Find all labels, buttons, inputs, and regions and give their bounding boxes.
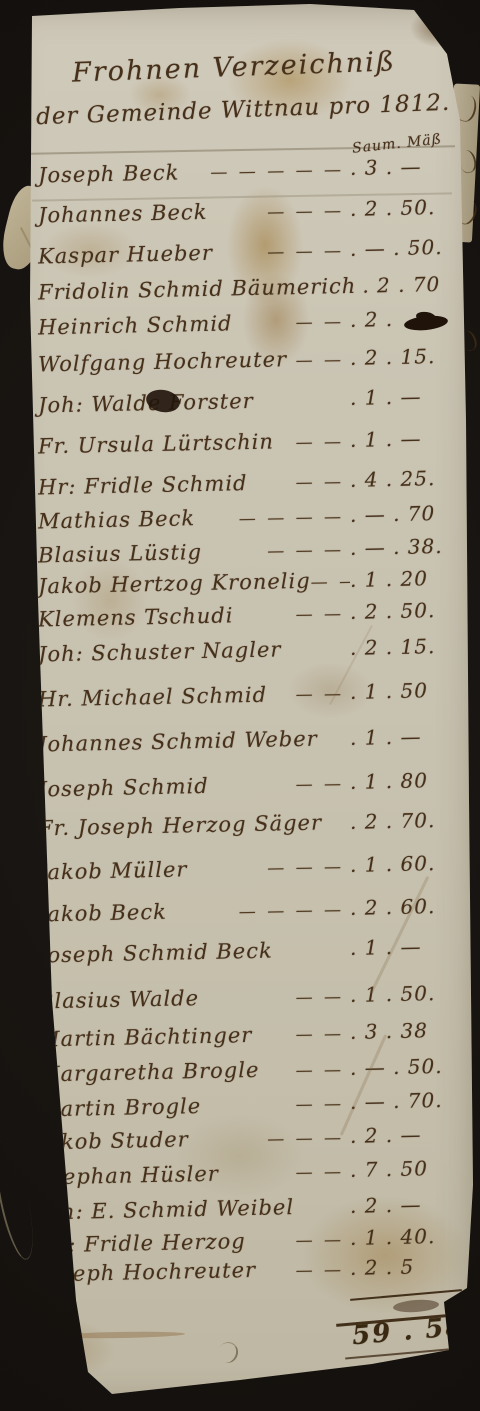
entry-row: Hr: Fridle Schmid— —. 4 . 25. [38, 466, 462, 499]
entry-name: Stephan Hüsler [38, 1162, 219, 1190]
loose-thread [0, 1138, 40, 1262]
entry-row: Hr: Fridle Herzog— —. 1 . 40. [38, 1224, 462, 1257]
entry-name: Martin Brogle [38, 1094, 202, 1121]
entry-amount: . 2 . — [350, 1192, 462, 1218]
entry-amount: . 1 . 50 [350, 678, 462, 704]
entry-dashes: — — [274, 432, 351, 454]
manuscript-paper: Frohnen Verzeichniß der Gemeinde Wittnau… [0, 0, 480, 1411]
entry-dashes: — — — [213, 241, 351, 264]
entry-name: Hr. Michael Schmid [38, 683, 267, 712]
entry-amount: . 1 . — [350, 384, 462, 410]
entry-list: Joseph Beck— — — — —. 3 . — Johannes Bec… [0, 0, 480, 1411]
entry-amount: . — . 70. [350, 1088, 462, 1114]
entry-dashes [318, 745, 350, 746]
entry-amount: . 2 . 5 [350, 1254, 462, 1280]
photo-background: Frohnen Verzeichniß der Gemeinde Wittnau… [0, 0, 480, 1411]
entry-row: Klemens Tschudi— —. 2 . 50. [38, 598, 462, 631]
entry-amount: . — . 70 [350, 501, 462, 527]
entry-amount: . 2 . 70 [362, 271, 474, 297]
entry-name: Joh: E. Schmid Weibel [38, 1195, 294, 1224]
entry-name: Joseph Hochreuter [38, 1258, 257, 1287]
entry-name: Joseph Schmid Beck [38, 939, 273, 968]
entry-amount: . 4 . 25. [350, 466, 462, 492]
entry-row: Heinrich Schmid— —. 2 . [38, 306, 462, 339]
entry-name: Joh: Schuster Nagler [38, 637, 282, 666]
entry-amount: . 3 . 38 [350, 1018, 462, 1044]
entry-name: Johannes Beck [38, 200, 208, 228]
entry-amount: . 1 . — [350, 724, 462, 750]
entry-dashes: — — — — — [179, 160, 350, 184]
entry-name: Margaretha Brogle [38, 1058, 260, 1087]
entry-amount: . 2 . 15. [350, 344, 462, 370]
entry-dashes: — — [256, 1260, 350, 1282]
entry-name: Fr. Ursula Lürtschin [38, 430, 274, 459]
entry-amount: . 1 . 80 [350, 768, 462, 794]
entry-amount: . — . 38. [350, 534, 462, 560]
entry-row: Fridolin Schmid Bäumerich. 2 . 70 [38, 272, 462, 305]
entry-amount: . 7 . 50 [350, 1156, 462, 1182]
entry-dashes: — — [252, 1024, 350, 1046]
entry-amount: . 1 . 60. [350, 851, 462, 877]
entry-row: Hr. Michael Schmid— —. 1 . 50 [38, 678, 462, 711]
entry-row: Stephan Hüsler— —. 7 . 50 [38, 1156, 462, 1189]
entry-dashes: — — — [189, 1128, 351, 1151]
entry-dashes: — — — [202, 540, 350, 563]
entry-dashes: — — [310, 572, 350, 593]
entry-name: Jakob Beck [38, 900, 167, 927]
entry-dashes [322, 829, 350, 830]
entry-name: Blasius Walde [38, 986, 199, 1013]
entry-name: Wolfgang Hochreuter [38, 347, 287, 376]
entry-name: Hr: Fridle Schmid [38, 471, 248, 499]
entry-dashes: — — — — [167, 900, 351, 924]
entry-name: Joh: Walde Forster [38, 389, 254, 418]
entry-name: Joseph Beck [38, 160, 180, 187]
entry-row: Wolfgang Hochreuter— —. 2 . 15. [38, 344, 462, 377]
entry-amount: . 3 . — [350, 154, 462, 180]
entry-name: Jakob Müller [38, 857, 188, 884]
entry-row: Kaspar Hueber— — —. — . 50. [38, 235, 462, 268]
entry-amount: . 1 . 40. [350, 1224, 462, 1250]
entry-dashes [282, 655, 351, 656]
entry-row: Jakob Beck— — — —. 2 . 60. [38, 894, 462, 927]
entry-dashes: — — [199, 987, 350, 1010]
entry-row: Blasius Lüstig— — —. — . 38. [38, 534, 462, 567]
entry-row: Blasius Walde— —. 1 . 50. [38, 981, 462, 1014]
entry-name: Jakob Hertzog Kronelig [38, 569, 311, 599]
entry-dashes: — — — [207, 201, 350, 224]
entry-row: Fr. Joseph Herzog Säger. 2 . 70. [38, 808, 462, 841]
entry-name: Heinrich Schmid [38, 311, 233, 339]
entry-row: Joseph Schmid— —. 1 . 80 [38, 768, 462, 801]
entry-row: Margaretha Brogle— —. — . 50. [38, 1054, 462, 1087]
entry-dashes [273, 955, 350, 957]
entry-amount: . 2 . 50. [350, 195, 462, 221]
entry-row: Fr. Ursula Lürtschin— —. 1 . — [38, 426, 462, 459]
entry-name: Mathias Beck [38, 506, 195, 533]
entry-amount: . 1 . — [350, 426, 462, 452]
entry-row: Johannes Schmid Weber. 1 . — [38, 724, 462, 757]
entry-amount: . 1 . 20 [350, 566, 462, 592]
entry-name: Jakob Studer [38, 1127, 189, 1154]
entry-dashes: — — [232, 312, 350, 334]
entry-dashes: — — [245, 1230, 350, 1252]
entry-name: Martin Bächtinger [38, 1023, 253, 1051]
entry-amount: . — . 50. [350, 235, 462, 261]
entry-amount: . 1 . 50. [350, 981, 462, 1007]
entry-row: Joh: E. Schmid Weibel. 2 . — [38, 1192, 462, 1225]
entry-amount: . 2 . — [350, 1122, 462, 1148]
entry-dashes: — — [247, 472, 350, 494]
entry-dashes: — — — [187, 857, 350, 880]
entry-dashes: — — [201, 1094, 350, 1117]
entry-row: Martin Brogle— —. — . 70. [38, 1088, 462, 1121]
entry-amount: . 2 . 70. [350, 808, 462, 834]
entry-name: Blasius Lüstig [38, 540, 202, 567]
entry-row: Martin Bächtinger— —. 3 . 38 [38, 1018, 462, 1051]
entry-name: Joseph Schmid [38, 774, 209, 802]
entry-dashes [254, 405, 350, 407]
entry-amount: . 1 . — [350, 934, 462, 960]
entry-row: Johannes Beck— — —. 2 . 50. [38, 195, 462, 228]
entry-name: Klemens Tschudi [38, 603, 234, 631]
entry-dashes: — — — — [195, 507, 350, 530]
entry-name: Hr: Fridle Herzog [38, 1229, 246, 1257]
entry-amount: . 2 . 50. [350, 598, 462, 624]
entry-dashes [294, 1213, 350, 1214]
entry-row: Jakob Müller— — —. 1 . 60. [38, 851, 462, 884]
entry-row: Joh: Schuster Nagler. 2 . 15. [38, 634, 462, 667]
entry-row: Mathias Beck— — — —. — . 70 [38, 501, 462, 534]
entry-dashes: — — [219, 1162, 351, 1185]
entry-dashes: — — [287, 350, 350, 371]
entry-dashes: — — [259, 1060, 350, 1082]
entry-row: Joseph Beck— — — — —. 3 . — [38, 154, 462, 187]
entry-dashes: — — [208, 774, 350, 797]
entry-name: Fridolin Schmid Bäumerich [38, 274, 357, 305]
entry-name: Fr. Joseph Herzog Säger [38, 810, 322, 840]
entry-row: Joh: Walde Forster. 1 . — [38, 384, 462, 417]
entry-row: Joseph Hochreuter— —. 2 . 5 [38, 1254, 462, 1287]
entry-row: Jakob Hertzog Kronelig— —. 1 . 20 [38, 566, 462, 599]
entry-name: Kaspar Hueber [38, 241, 213, 269]
entry-row: Jakob Studer— — —. 2 . — [38, 1122, 462, 1155]
entry-dashes: — — [233, 604, 350, 626]
entry-name: Johannes Schmid Weber [38, 727, 318, 757]
